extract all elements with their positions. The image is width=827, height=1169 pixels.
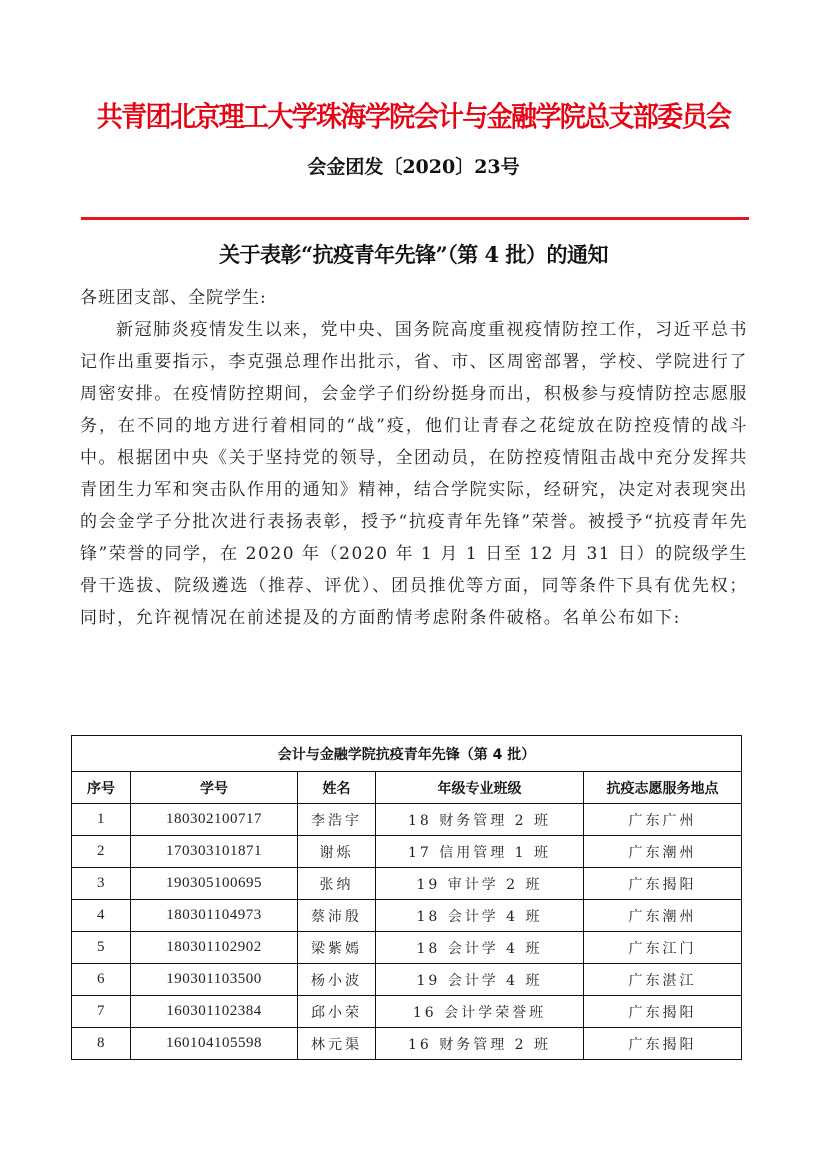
cell-name: 梁紫嫣 [298, 932, 376, 964]
cell-location: 广东揭阳 [584, 1028, 742, 1060]
table-row: 5 180301102902 梁紫嫣 18 会计学 4 班 广东江门 [72, 932, 742, 964]
cell-name: 林元渠 [298, 1028, 376, 1060]
cell-name: 杨小波 [298, 964, 376, 996]
table-row: 7 160301102384 邱小荣 16 会计学荣誉班 广东揭阳 [72, 996, 742, 1028]
cell-student-id: 180301102902 [131, 932, 298, 964]
cell-index: 8 [72, 1028, 131, 1060]
cell-location: 广东揭阳 [584, 868, 742, 900]
table-header-row: 序号 学号 姓名 年级专业班级 抗疫志愿服务地点 [72, 772, 742, 804]
cell-class: 18 会计学 4 班 [376, 900, 584, 932]
cell-name: 张纳 [298, 868, 376, 900]
cell-index: 7 [72, 996, 131, 1028]
notice-body: 新冠肺炎疫情发生以来，党中央、国务院高度重视疫情防控工作，习近平总书记作出重要指… [80, 314, 748, 634]
column-header-location: 抗疫志愿服务地点 [584, 772, 742, 804]
table-row: 1 180302100717 李浩宇 18 财务管理 2 班 广东广州 [72, 804, 742, 836]
organization-header: 共青团北京理工大学珠海学院会计与金融学院总支部委员会 [29, 97, 798, 137]
column-header-index: 序号 [72, 772, 131, 804]
cell-student-id: 190301103500 [131, 964, 298, 996]
cell-student-id: 160301102384 [131, 996, 298, 1028]
column-header-student-id: 学号 [131, 772, 298, 804]
cell-location: 广东揭阳 [584, 996, 742, 1028]
document-page: 共青团北京理工大学珠海学院会计与金融学院总支部委员会 会金团发〔2020〕23号… [0, 0, 827, 1169]
red-divider-rule [81, 217, 749, 220]
cell-student-id: 170303101871 [131, 836, 298, 868]
cell-class: 18 会计学 4 班 [376, 932, 584, 964]
cell-student-id: 160104105598 [131, 1028, 298, 1060]
cell-class: 19 审计学 2 班 [376, 868, 584, 900]
document-number: 会金团发〔2020〕23号 [0, 152, 827, 182]
column-header-name: 姓名 [298, 772, 376, 804]
cell-location: 广东潮州 [584, 836, 742, 868]
cell-index: 4 [72, 900, 131, 932]
cell-location: 广东江门 [584, 932, 742, 964]
cell-name: 蔡沛殷 [298, 900, 376, 932]
cell-index: 3 [72, 868, 131, 900]
cell-class: 18 财务管理 2 班 [376, 804, 584, 836]
cell-index: 2 [72, 836, 131, 868]
cell-index: 1 [72, 804, 131, 836]
cell-student-id: 190305100695 [131, 868, 298, 900]
cell-class: 16 会计学荣誉班 [376, 996, 584, 1028]
cell-class: 16 财务管理 2 班 [376, 1028, 584, 1060]
table-row: 6 190301103500 杨小波 19 会计学 4 班 广东湛江 [72, 964, 742, 996]
cell-location: 广东潮州 [584, 900, 742, 932]
table-row: 8 160104105598 林元渠 16 财务管理 2 班 广东揭阳 [72, 1028, 742, 1060]
cell-location: 广东湛江 [584, 964, 742, 996]
cell-name: 李浩宇 [298, 804, 376, 836]
cell-class: 17 信用管理 1 班 [376, 836, 584, 868]
table-row: 2 170303101871 谢烁 17 信用管理 1 班 广东潮州 [72, 836, 742, 868]
notice-title: 关于表彰“抗疫青年先锋”（第 4 批）的通知 [0, 238, 827, 272]
cell-location: 广东广州 [584, 804, 742, 836]
table-caption-row: 会计与金融学院抗疫青年先锋（第 4 批） [72, 736, 742, 772]
table-row: 4 180301104973 蔡沛殷 18 会计学 4 班 广东潮州 [72, 900, 742, 932]
cell-student-id: 180302100717 [131, 804, 298, 836]
honoree-table: 会计与金融学院抗疫青年先锋（第 4 批） 序号 学号 姓名 年级专业班级 抗疫志… [71, 735, 742, 1060]
cell-name: 邱小荣 [298, 996, 376, 1028]
cell-name: 谢烁 [298, 836, 376, 868]
cell-index: 6 [72, 964, 131, 996]
cell-index: 5 [72, 932, 131, 964]
cell-student-id: 180301104973 [131, 900, 298, 932]
cell-class: 19 会计学 4 班 [376, 964, 584, 996]
table-caption: 会计与金融学院抗疫青年先锋（第 4 批） [72, 736, 742, 772]
table-row: 3 190305100695 张纳 19 审计学 2 班 广东揭阳 [72, 868, 742, 900]
column-header-class: 年级专业班级 [376, 772, 584, 804]
salutation: 各班团支部、全院学生: [80, 282, 267, 314]
